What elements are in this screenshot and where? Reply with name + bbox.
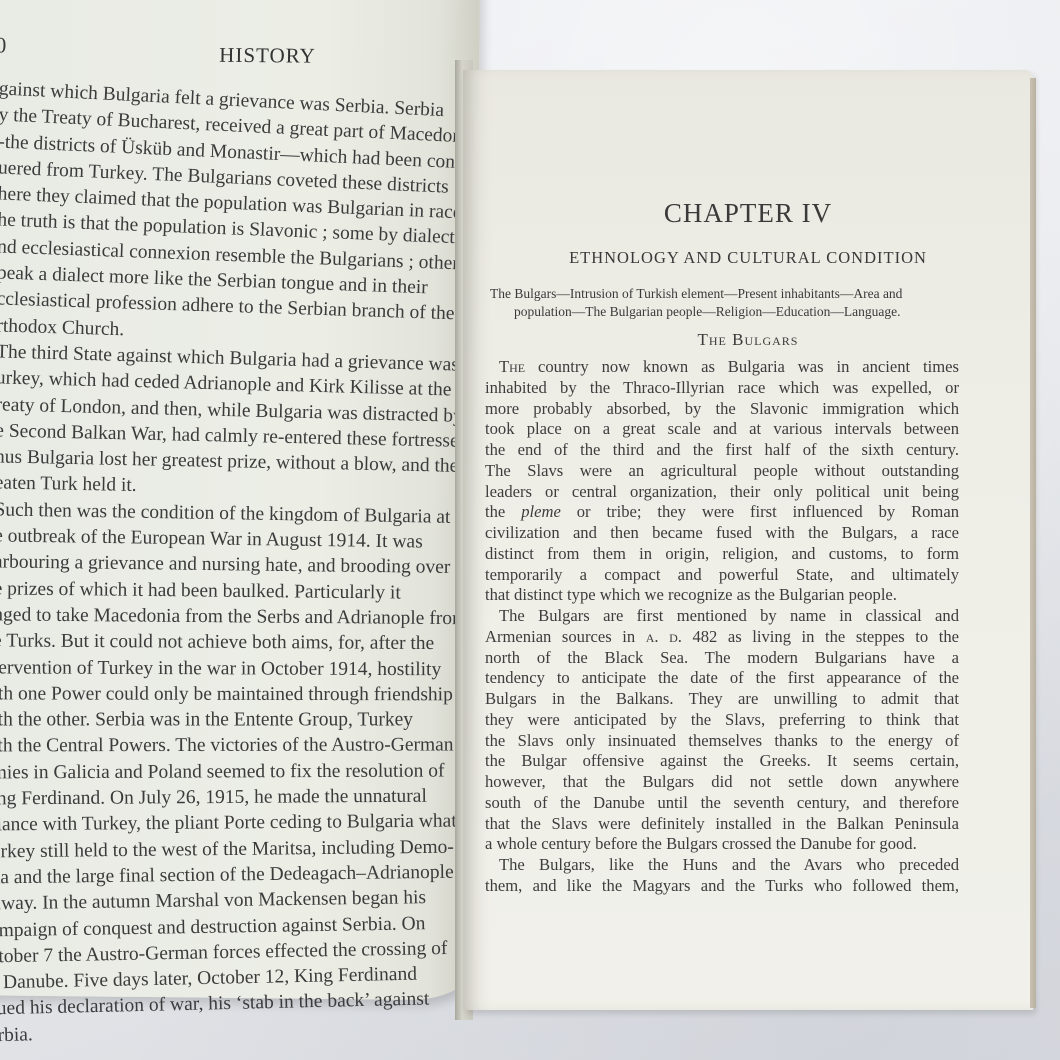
text-line: more probably absorbed, by the Slavonic …: [485, 399, 959, 420]
text-line: inhabited by the Thraco-Illyrian race wh…: [485, 378, 959, 399]
text-line: south of the Danube until the seventh ce…: [485, 793, 959, 814]
text-line: e Turks. But it could not achieve both a…: [0, 629, 463, 658]
text-line: that the Slavs were definitely installed…: [485, 814, 959, 835]
text-line: The Slavs were an agricultural people wi…: [485, 461, 959, 482]
left-page: 0 HISTORY gainst which Bulgaria felt a g…: [0, 0, 480, 1000]
text-line: The Bulgars, like the Huns and the Avars…: [485, 855, 959, 876]
text-line: Armenian sources in a. d. 482 as living …: [485, 627, 959, 648]
text-line: the Slavs only insinuated themselves tha…: [485, 731, 959, 752]
text-line: the Bulgar offensive against the Greeks.…: [485, 751, 959, 772]
section-heading: The Bulgars: [463, 330, 1033, 350]
chapter-summary: The Bulgars—Intrusion of Turkish element…: [490, 285, 1010, 321]
text-line: The country now known as Bulgaria was in…: [485, 357, 959, 378]
right-page-text: The country now known as Bulgaria was in…: [485, 357, 959, 897]
text-line: they were anticipated by the Slavs, pref…: [485, 710, 959, 731]
page-edge: [1030, 78, 1036, 1008]
text-line: distinct from them in origin, religion, …: [485, 544, 959, 565]
text-line: tendency to anticipate the date of the f…: [485, 668, 959, 689]
chapter-title: CHAPTER IV: [463, 198, 1033, 229]
text-line: north of the Black Sea. The modern Bulga…: [485, 648, 959, 669]
text-line: mies in Galicia and Poland seemed to fix…: [0, 758, 462, 786]
text-line: ith the other. Serbia was in the Entente…: [0, 708, 462, 734]
running-head: HISTORY: [219, 43, 316, 69]
text-line: tervention of Turkey in the war in Octob…: [0, 655, 463, 683]
page-number: 0: [0, 32, 6, 58]
text-line: ith the Central Powers. The victories of…: [0, 733, 462, 760]
text-line: a whole century before the Bulgars cross…: [485, 834, 959, 855]
text-line: temporarily a compact and powerful State…: [485, 565, 959, 586]
text-line: leaders or central organization, their o…: [485, 482, 959, 503]
summary-line: The Bulgars—Intrusion of Turkish element…: [490, 285, 1010, 303]
text-line: that distinct type which we recognize as…: [485, 585, 959, 606]
text-line: Bulgars in the Balkans. They are unwilli…: [485, 689, 959, 710]
text-line: the end of the third and the first half …: [485, 440, 959, 461]
text-line: civilization and then became fused with …: [485, 523, 959, 544]
text-line: however, that the Bulgars did not settle…: [485, 772, 959, 793]
chapter-subtitle: ETHNOLOGY AND CULTURAL CONDITION: [463, 248, 1033, 268]
summary-line: population—The Bulgarian people—Religion…: [490, 303, 1010, 321]
right-page: CHAPTER IV ETHNOLOGY AND CULTURAL CONDIT…: [463, 70, 1033, 1010]
text-line: took place on a great scale and at vario…: [485, 419, 959, 440]
left-page-text: gainst which Bulgaria felt a grievance w…: [0, 76, 469, 1054]
text-line: the pleme or tribe; they were first infl…: [485, 502, 959, 523]
text-line: ith one Power could only be maintained t…: [0, 681, 463, 708]
text-line: them, and like the Magyars and the Turks…: [485, 876, 959, 897]
text-line: The Bulgars are first mentioned by name …: [485, 606, 959, 627]
